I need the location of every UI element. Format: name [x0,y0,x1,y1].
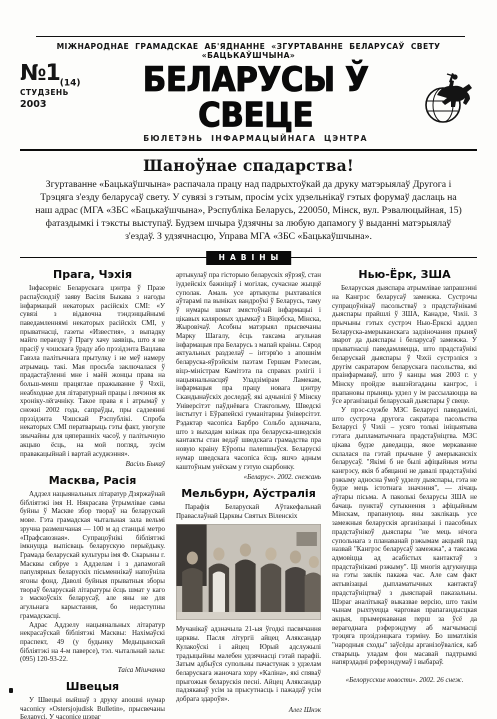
column-3: Нью-Ёрк, ЗША Беларуская дыяспара атрымлі… [332,267,477,719]
article-paragraph: Адрас Аддзелу нацыянальных літаратур нек… [20,621,165,665]
article-paragraph: У Швецыі выйшаў з друку апошні нумар час… [20,696,165,719]
article-signature: Васіль Быкаў [20,460,165,469]
article-paragraph: Інфасервіс Беларускага цэнтра ў Празе ра… [20,284,165,458]
issue-year: 2003 [20,100,92,110]
issue-block: №1(14) СТУДЗЕНЬ 2003 [20,63,92,109]
article-signature: «Белорусские новости». 2002. 26 снеж. [332,676,477,685]
scan-speck [9,688,13,693]
masthead-subtitle: БЮЛЕТЭНЬ ІНФАРМАЦЫЙНАГА ЦЭНТРА [92,134,419,143]
newspaper-page: МІЖНАРОДНАЕ ГРАМАДСКАЕ АБ'ЯДНАННЕ «ЗГУРТ… [0,0,497,719]
parish-group-photo [176,524,321,620]
article-paragraph: артыкулаў пра гісторыю беларускіх яўрэяў… [176,271,321,471]
announcement-title: Шаноўнае спадарства! [28,156,469,175]
column-1: Прага, Чэхія Інфасервіс Беларускага цэнт… [20,267,165,719]
section-news-label: НАВІНЫ [206,251,292,265]
announcement: Шаноўнае спадарства! Згуртаванне «Бацька… [28,156,469,243]
article-signature: «Беларус». 2002. снежань [176,473,321,482]
article-signature: Алег Шнэк [176,706,321,715]
article-heading-prague: Прага, Чэхія [20,269,165,281]
issue-month: СТУДЗЕНЬ [20,89,92,97]
article-paragraph: Парафія Беларускай Аўтакефальнай Правасл… [176,503,321,520]
pahonia-globe-logo-icon [419,65,477,127]
article-heading-moscow: Масква, Расія [20,475,165,487]
issue-number-sub: (14) [60,78,81,88]
article-heading-sweden: Швецыя [20,681,165,693]
masthead: МІЖНАРОДНАЕ ГРАМАДСКАЕ АБ'ЯДНАННЕ «ЗГУРТ… [20,36,477,151]
news-columns: Прага, Чэхія Інфасервіс Беларускага цэнт… [20,267,477,719]
column-2: артыкулаў пра гісторыю беларускіх яўрэяў… [176,267,321,719]
article-paragraph: Мучанікаў адзначыла 21-ыя ўгодкі пасвяча… [176,625,321,703]
masthead-rule [20,149,477,151]
top-rule [36,36,465,37]
announcement-body: Згуртаванне «Бацькаўшчына» распачала пра… [33,178,465,243]
article-paragraph: Аддзел нацыянальных літаратур Дзяржаўнай… [20,490,165,621]
article-heading-melbourne: Мельбурн, Аўстралія [176,488,321,500]
news-section-band: НАВІНЫ [20,251,477,265]
article-paragraph: У прэс-службе МЗС Беларусі паведамілі, ш… [332,406,477,667]
issue-number: №1 [20,61,60,86]
article-signature: Таіса Мішчанка [20,666,165,675]
org-line: МІЖНАРОДНАЕ ГРАМАДСКАЕ АБ'ЯДНАННЕ «ЗГУРТ… [20,42,477,60]
article-paragraph: Беларуская дыяспара атрымлівае запрашэнн… [332,284,477,406]
page-title: БЕЛАРУСЫ Ў СВЕЦЕ [92,63,419,133]
article-heading-newyork: Нью-Ёрк, ЗША [332,269,477,281]
